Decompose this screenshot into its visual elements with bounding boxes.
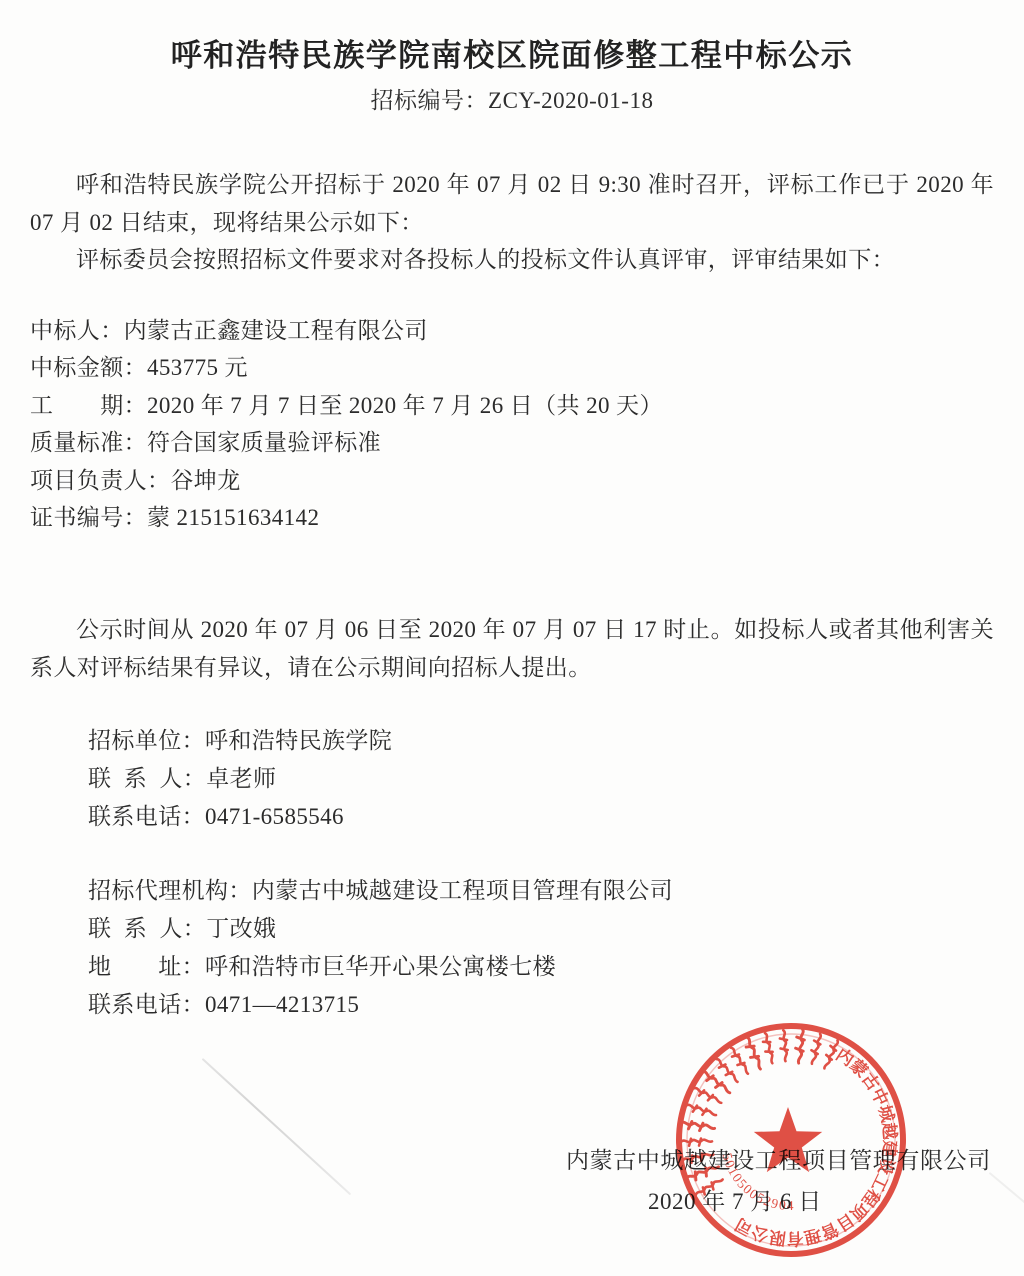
- award-line-certificate: 证书编号：蒙 215151634142: [30, 499, 663, 536]
- stamp-code-text: 501050052904: [719, 1151, 794, 1213]
- doc-title: 呼和浩特民族学院南校区院面修整工程中标公示: [0, 30, 1024, 75]
- tenderer-block: 招标单位：呼和浩特民族学院 联 系 人：卓老师 联系电话：0471-658554…: [88, 722, 392, 836]
- agency-name: 招标代理机构：内蒙古中城越建设工程项目管理有限公司: [88, 872, 673, 910]
- paragraph-opening: 呼和浩特民族学院公开招标于 2020 年 07 月 02 日 9:30 准时召开…: [30, 166, 994, 241]
- award-line-quality: 质量标准：符合国家质量验评标准: [30, 424, 663, 461]
- scan-scratch-artifact: [201, 1058, 351, 1196]
- svg-text:501050052904: 501050052904: [719, 1151, 794, 1213]
- award-details-block: 中标人：内蒙古正鑫建设工程有限公司 中标金额：453775 元 工 期：2020…: [30, 312, 663, 536]
- document-page: 呼和浩特民族学院南校区院面修整工程中标公示 招标编号：ZCY-2020-01-1…: [0, 0, 1024, 1276]
- paragraph-review: 评标委员会按照招标文件要求对各投标人的投标文件认真评审，评审结果如下：: [30, 241, 994, 279]
- agency-block: 招标代理机构：内蒙古中城越建设工程项目管理有限公司 联 系 人：丁改娥 地 址：…: [88, 872, 673, 1024]
- paragraph-publicity: 公示时间从 2020 年 07 月 06 日至 2020 年 07 月 07 日…: [30, 611, 994, 687]
- agency-contact: 联 系 人：丁改娥: [88, 910, 673, 948]
- award-line-winner: 中标人：内蒙古正鑫建设工程有限公司: [30, 312, 663, 349]
- company-stamp-icon: 内蒙古中城越建设工程项目管理有限公司 501050052904: [655, 1005, 945, 1276]
- doc-bid-number: 招标编号：ZCY-2020-01-18: [0, 82, 1024, 115]
- award-line-amount: 中标金额：453775 元: [30, 349, 663, 386]
- scan-scratch-artifact-small: [989, 1172, 1024, 1211]
- tenderer-unit: 招标单位：呼和浩特民族学院: [88, 722, 392, 760]
- tenderer-phone: 联系电话：0471-6585546: [88, 798, 392, 836]
- agency-phone: 联系电话：0471—4213715: [88, 986, 673, 1024]
- award-line-duration: 工 期：2020 年 7 月 7 日至 2020 年 7 月 26 日（共 20…: [30, 387, 663, 424]
- star-icon: [754, 1107, 822, 1172]
- stamp-mongolian-script: [680, 1028, 841, 1198]
- award-line-manager: 项目负责人：谷坤龙: [30, 462, 663, 499]
- tenderer-contact: 联 系 人：卓老师: [88, 760, 392, 798]
- agency-address: 地 址：呼和浩特市巨华开心果公寓楼七楼: [88, 948, 673, 986]
